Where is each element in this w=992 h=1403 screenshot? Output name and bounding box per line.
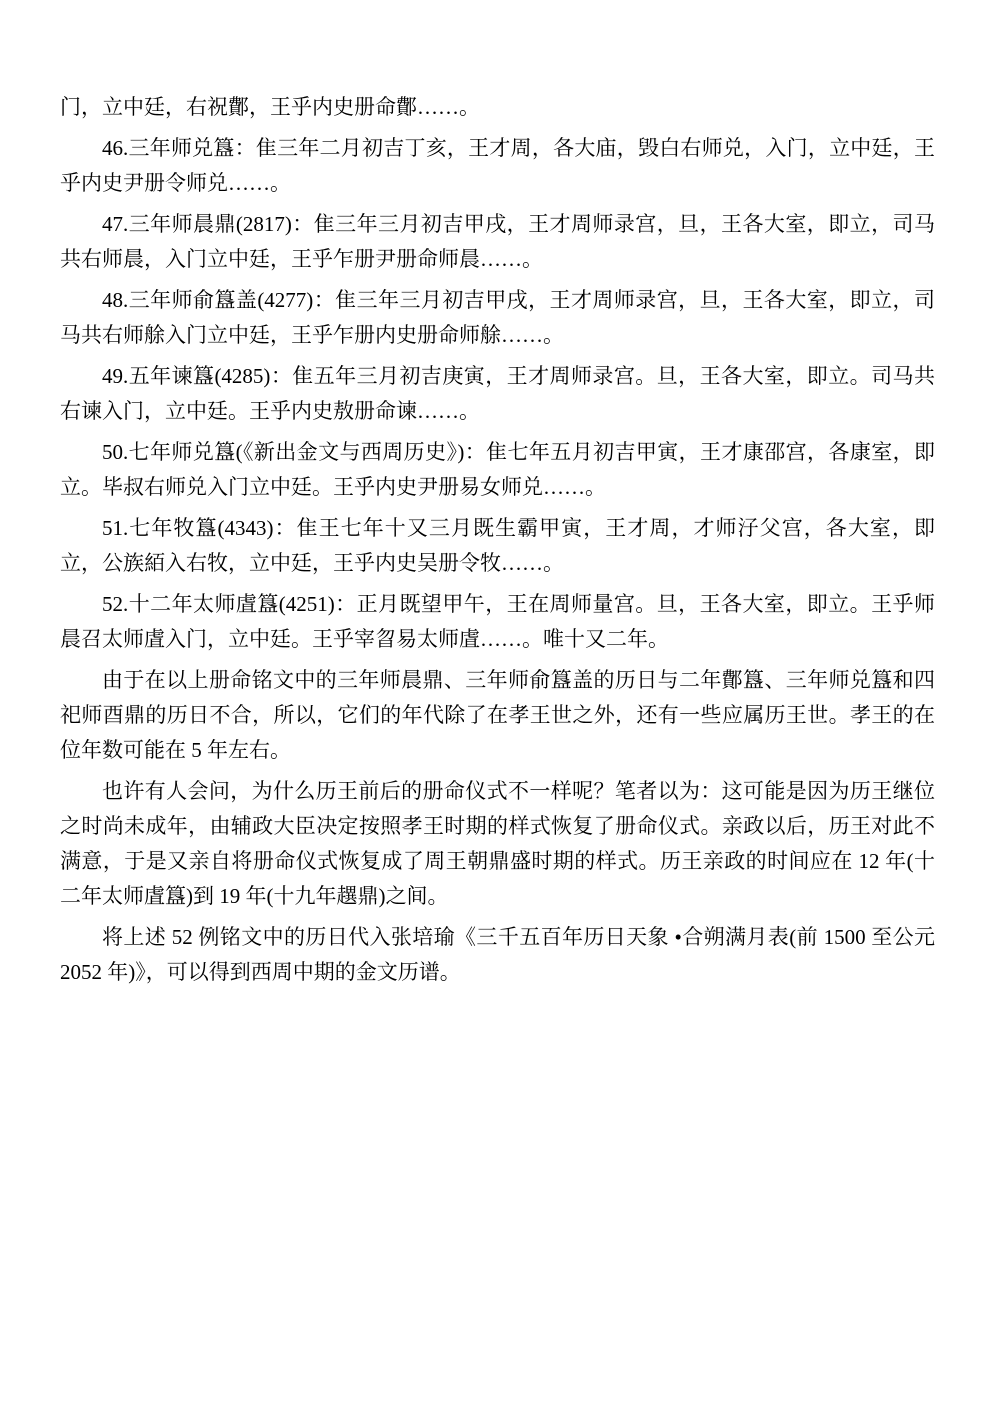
discussion-paragraph-ritual-styles: 也许有人会问，为什么历王前后的册命仪式不一样呢？笔者以为：这可能是因为历王继位之… bbox=[60, 774, 935, 914]
continued-line-entry-45: 门，立中廷，右祝鄪，王乎内史册命鄪……。 bbox=[60, 90, 935, 125]
inscription-entry-52: 52.十二年太师虘簋(4251)：正月既望甲午，王在周师量宫。旦，王各大室，即立… bbox=[60, 587, 935, 657]
inscription-entry-50: 50.七年师兑簋(《新出金文与西周历史》)：隹七年五月初吉甲寅，王才康邵宫，各康… bbox=[60, 435, 935, 505]
document-text-block: 门，立中廷，右祝鄪，王乎内史册命鄪……。 46.三年师兑簋：隹三年二月初吉丁亥，… bbox=[60, 90, 935, 990]
document-page: 门，立中廷，右祝鄪，王乎内史册命鄪……。 46.三年师兑簋：隹三年二月初吉丁亥，… bbox=[0, 0, 992, 1403]
closing-paragraph-calendar-table: 将上述 52 例铭文中的历日代入张培瑜《三千五百年历日天象 •合朔满月表(前 1… bbox=[60, 920, 935, 990]
inscription-entry-46: 46.三年师兑簋：隹三年二月初吉丁亥，王才周，各大庙，毁白右师兑，入门，立中廷，… bbox=[60, 131, 935, 201]
discussion-paragraph-dating: 由于在以上册命铭文中的三年师晨鼎、三年师俞簋盖的历日与二年鄪簋、三年师兑簋和四祀… bbox=[60, 663, 935, 768]
inscription-entry-48: 48.三年师俞簋盖(4277)：隹三年三月初吉甲戌，王才周师录宫，旦，王各大室，… bbox=[60, 283, 935, 353]
inscription-entry-49: 49.五年谏簋(4285)：隹五年三月初吉庚寅，王才周师录宫。旦，王各大室，即立… bbox=[60, 359, 935, 429]
inscription-entry-51: 51.七年牧簋(4343)：隹王七年十又三月既生霸甲寅，王才周，才师汓父宫，各大… bbox=[60, 511, 935, 581]
inscription-entry-47: 47.三年师晨鼎(2817)：隹三年三月初吉甲戌，王才周师录宫，旦，王各大室，即… bbox=[60, 207, 935, 277]
